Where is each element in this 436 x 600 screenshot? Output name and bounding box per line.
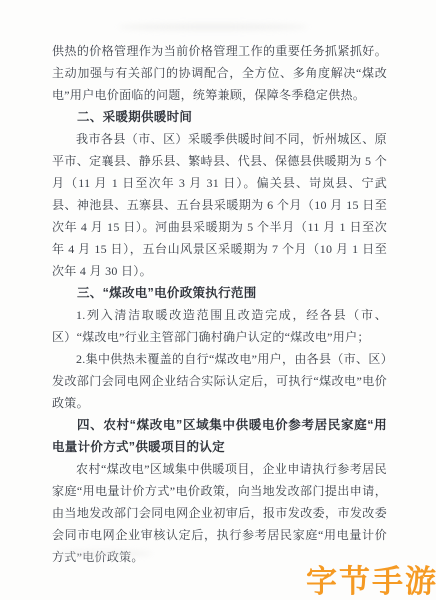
scan-smudge [118,24,308,30]
document-text-block: 供热的价格管理作为当前价格管理工作的重要任务抓紧抓好。主动加强与有关部门的协调配… [52,40,387,568]
list-item-2-self-converted-users: 2.集中供热未覆盖的自行“煤改电”用户，由各县（市、区）发改部门会同电网企业结合… [52,348,387,414]
scanned-document-page: 供热的价格管理作为当前价格管理工作的重要任务抓紧抓好。主动加强与有关部门的协调配… [0,0,436,600]
heading-section-4-rural-pricing: 四、农村“煤改电”区域集中供暖电价参考居民家庭“用电量计价方式”供暖项目的认定 [52,414,387,458]
heading-section-2-heating-period: 二、采暖期供暖时间 [52,106,387,128]
paragraph-price-management: 供热的价格管理作为当前价格管理工作的重要任务抓紧抓好。主动加强与有关部门的协调配… [52,40,387,106]
scan-smudge [56,551,152,556]
list-item-1-clean-heating-users: 1.列入清洁取暖改造范围且改造完成，经各县（市、区）“煤改电”行业主管部门确村确… [52,304,387,348]
watermark-text: 字节手游网 [306,566,436,597]
paragraph-heating-schedules: 我市各县（市、区）采暖季供暖时间不同，忻州城区、原平市、定襄县、静乐县、繁峙县、… [52,128,387,282]
heading-section-3-policy-scope: 三、“煤改电”电价政策执行范围 [52,282,387,304]
